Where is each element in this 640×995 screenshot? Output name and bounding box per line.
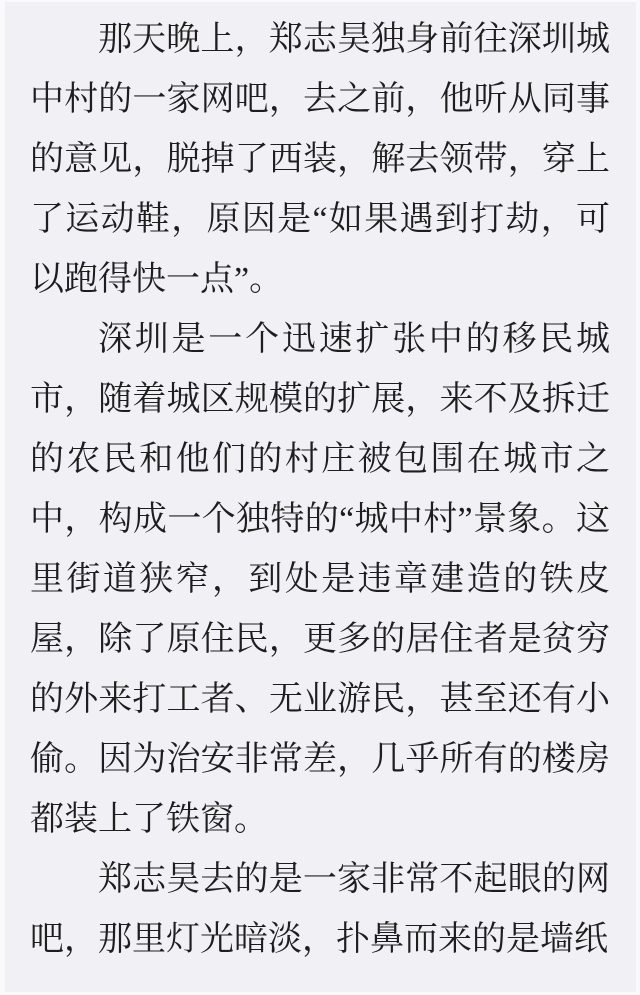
page-text: 那天晚上，郑志昊独身前往深圳城中村的一家网吧，去之前，他听从同事的意见，脱掉了西… <box>5 2 636 970</box>
reader-page[interactable]: 那天晚上，郑志昊独身前往深圳城中村的一家网吧，去之前，他听从同事的意见，脱掉了西… <box>5 2 636 992</box>
paragraph-2: 深圳是一个迅速扩张中的移民城市，随着城区规模的扩展，来不及拆迁的农民和他们的村庄… <box>30 310 610 850</box>
paragraph-1: 那天晚上，郑志昊独身前往深圳城中村的一家网吧，去之前，他听从同事的意见，脱掉了西… <box>30 10 610 310</box>
paragraph-3: 郑志昊去的是一家非常不起眼的网吧，那里灯光暗淡，扑鼻而来的是墙纸 <box>30 850 610 970</box>
